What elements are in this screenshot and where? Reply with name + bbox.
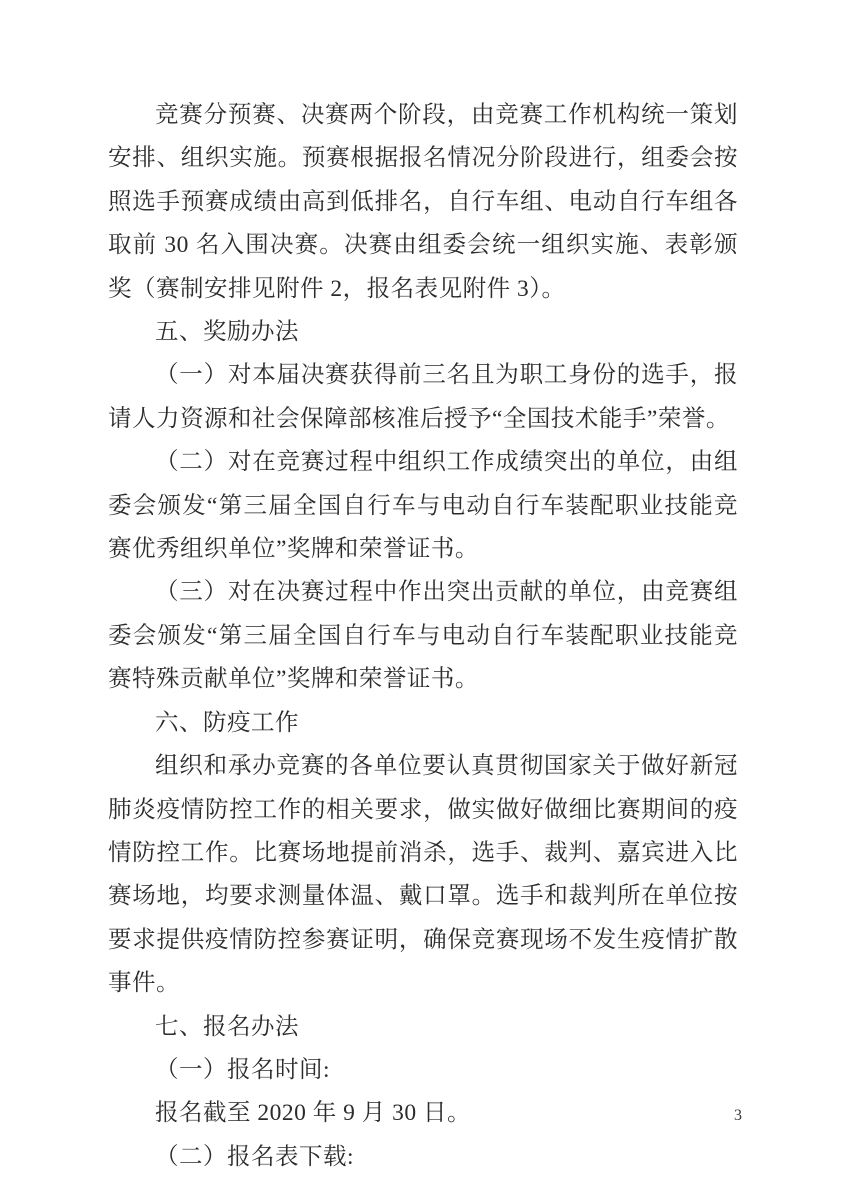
section-heading-5: 五、奖励办法 [108, 311, 738, 354]
paragraph: （一）报名时间: [108, 1049, 738, 1092]
paragraph: （一）对本届决赛获得前三名且为职工身份的选手，报请人力资源和社会保障部核准后授予… [108, 354, 738, 441]
paragraph: 报名截至 2020 年 9 月 30 日。 [108, 1092, 738, 1135]
paragraph: （二）对在竞赛过程中组织工作成绩突出的单位，由组委会颁发“第三届全国自行车与电动… [108, 441, 738, 571]
paragraph: 组织和承办竞赛的各单位要认真贯彻国家关于做好新冠肺炎疫情防控工作的相关要求，做实… [108, 745, 738, 1005]
section-heading-7: 七、报名办法 [108, 1006, 738, 1049]
document-body: 竞赛分预赛、决赛两个阶段，由竞赛工作机构统一策划安排、组织实施。预赛根据报名情况… [108, 94, 738, 1179]
paragraph: （二）报名表下载: [108, 1136, 738, 1179]
page-number: 3 [734, 1104, 742, 1128]
paragraph: 竞赛分预赛、决赛两个阶段，由竞赛工作机构统一策划安排、组织实施。预赛根据报名情况… [108, 94, 738, 311]
paragraph: （三）对在决赛过程中作出突出贡献的单位，由竞赛组委会颁发“第三届全国自行车与电动… [108, 571, 738, 701]
document-page: 竞赛分预赛、决赛两个阶段，由竞赛工作机构统一策划安排、组织实施。预赛根据报名情况… [0, 0, 848, 1200]
section-heading-6: 六、防疫工作 [108, 702, 738, 745]
